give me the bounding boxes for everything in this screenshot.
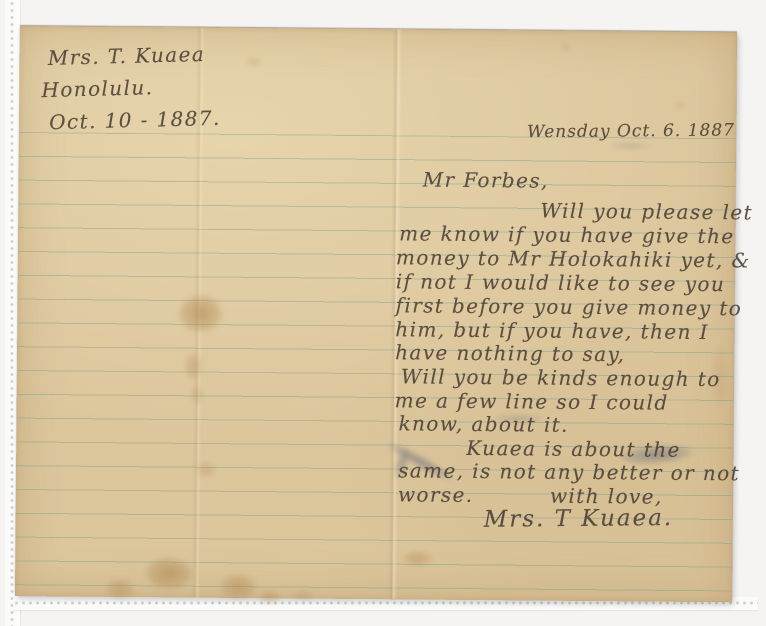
body-line: first before you give money to — [395, 293, 742, 320]
closing-word-worse: worse. — [398, 482, 474, 507]
salutation: Mr Forbes, — [423, 168, 549, 193]
body-line: Will you please let — [540, 199, 753, 225]
body-line: know, about it. — [398, 411, 569, 436]
letterhead-name: Mrs. T. Kuaea — [47, 42, 205, 70]
stain — [133, 549, 205, 598]
body-line: have nothing to say, — [395, 340, 625, 366]
body-line: Will you be kinds enough to — [401, 364, 721, 391]
stain — [180, 345, 206, 387]
signature: Mrs. T Kuaea. — [484, 506, 674, 532]
body-line: me know if you have give the — [399, 221, 735, 248]
stain — [167, 285, 233, 342]
stain — [192, 458, 220, 482]
letterhead-date: Oct. 10 - 1887. — [49, 106, 221, 134]
letter-sheet: Mrs. T. Kuaea Honolulu. Oct. 10 - 1887. … — [15, 26, 737, 602]
body-line: same, is not any better or not — [398, 458, 740, 485]
body-line: Kuaea is about the — [466, 436, 681, 462]
stain — [187, 379, 207, 409]
body-line: money to Mr Holokahiki yet, & — [396, 245, 751, 272]
closing-line: worse. with love, — [398, 482, 474, 507]
stain — [560, 43, 572, 52]
letterhead-city: Honolulu. — [41, 75, 154, 102]
stain — [395, 547, 439, 569]
stain — [242, 54, 266, 69]
dateline: Wensday Oct. 6. 1887 — [527, 118, 735, 144]
scan-background: Mrs. T. Kuaea Honolulu. Oct. 10 - 1887. … — [0, 0, 766, 626]
letterhead-block: Mrs. T. Kuaea Honolulu. Oct. 10 - 1887. — [20, 26, 737, 32]
body-line: if not I would like to see you — [396, 269, 726, 296]
stain — [671, 100, 689, 111]
